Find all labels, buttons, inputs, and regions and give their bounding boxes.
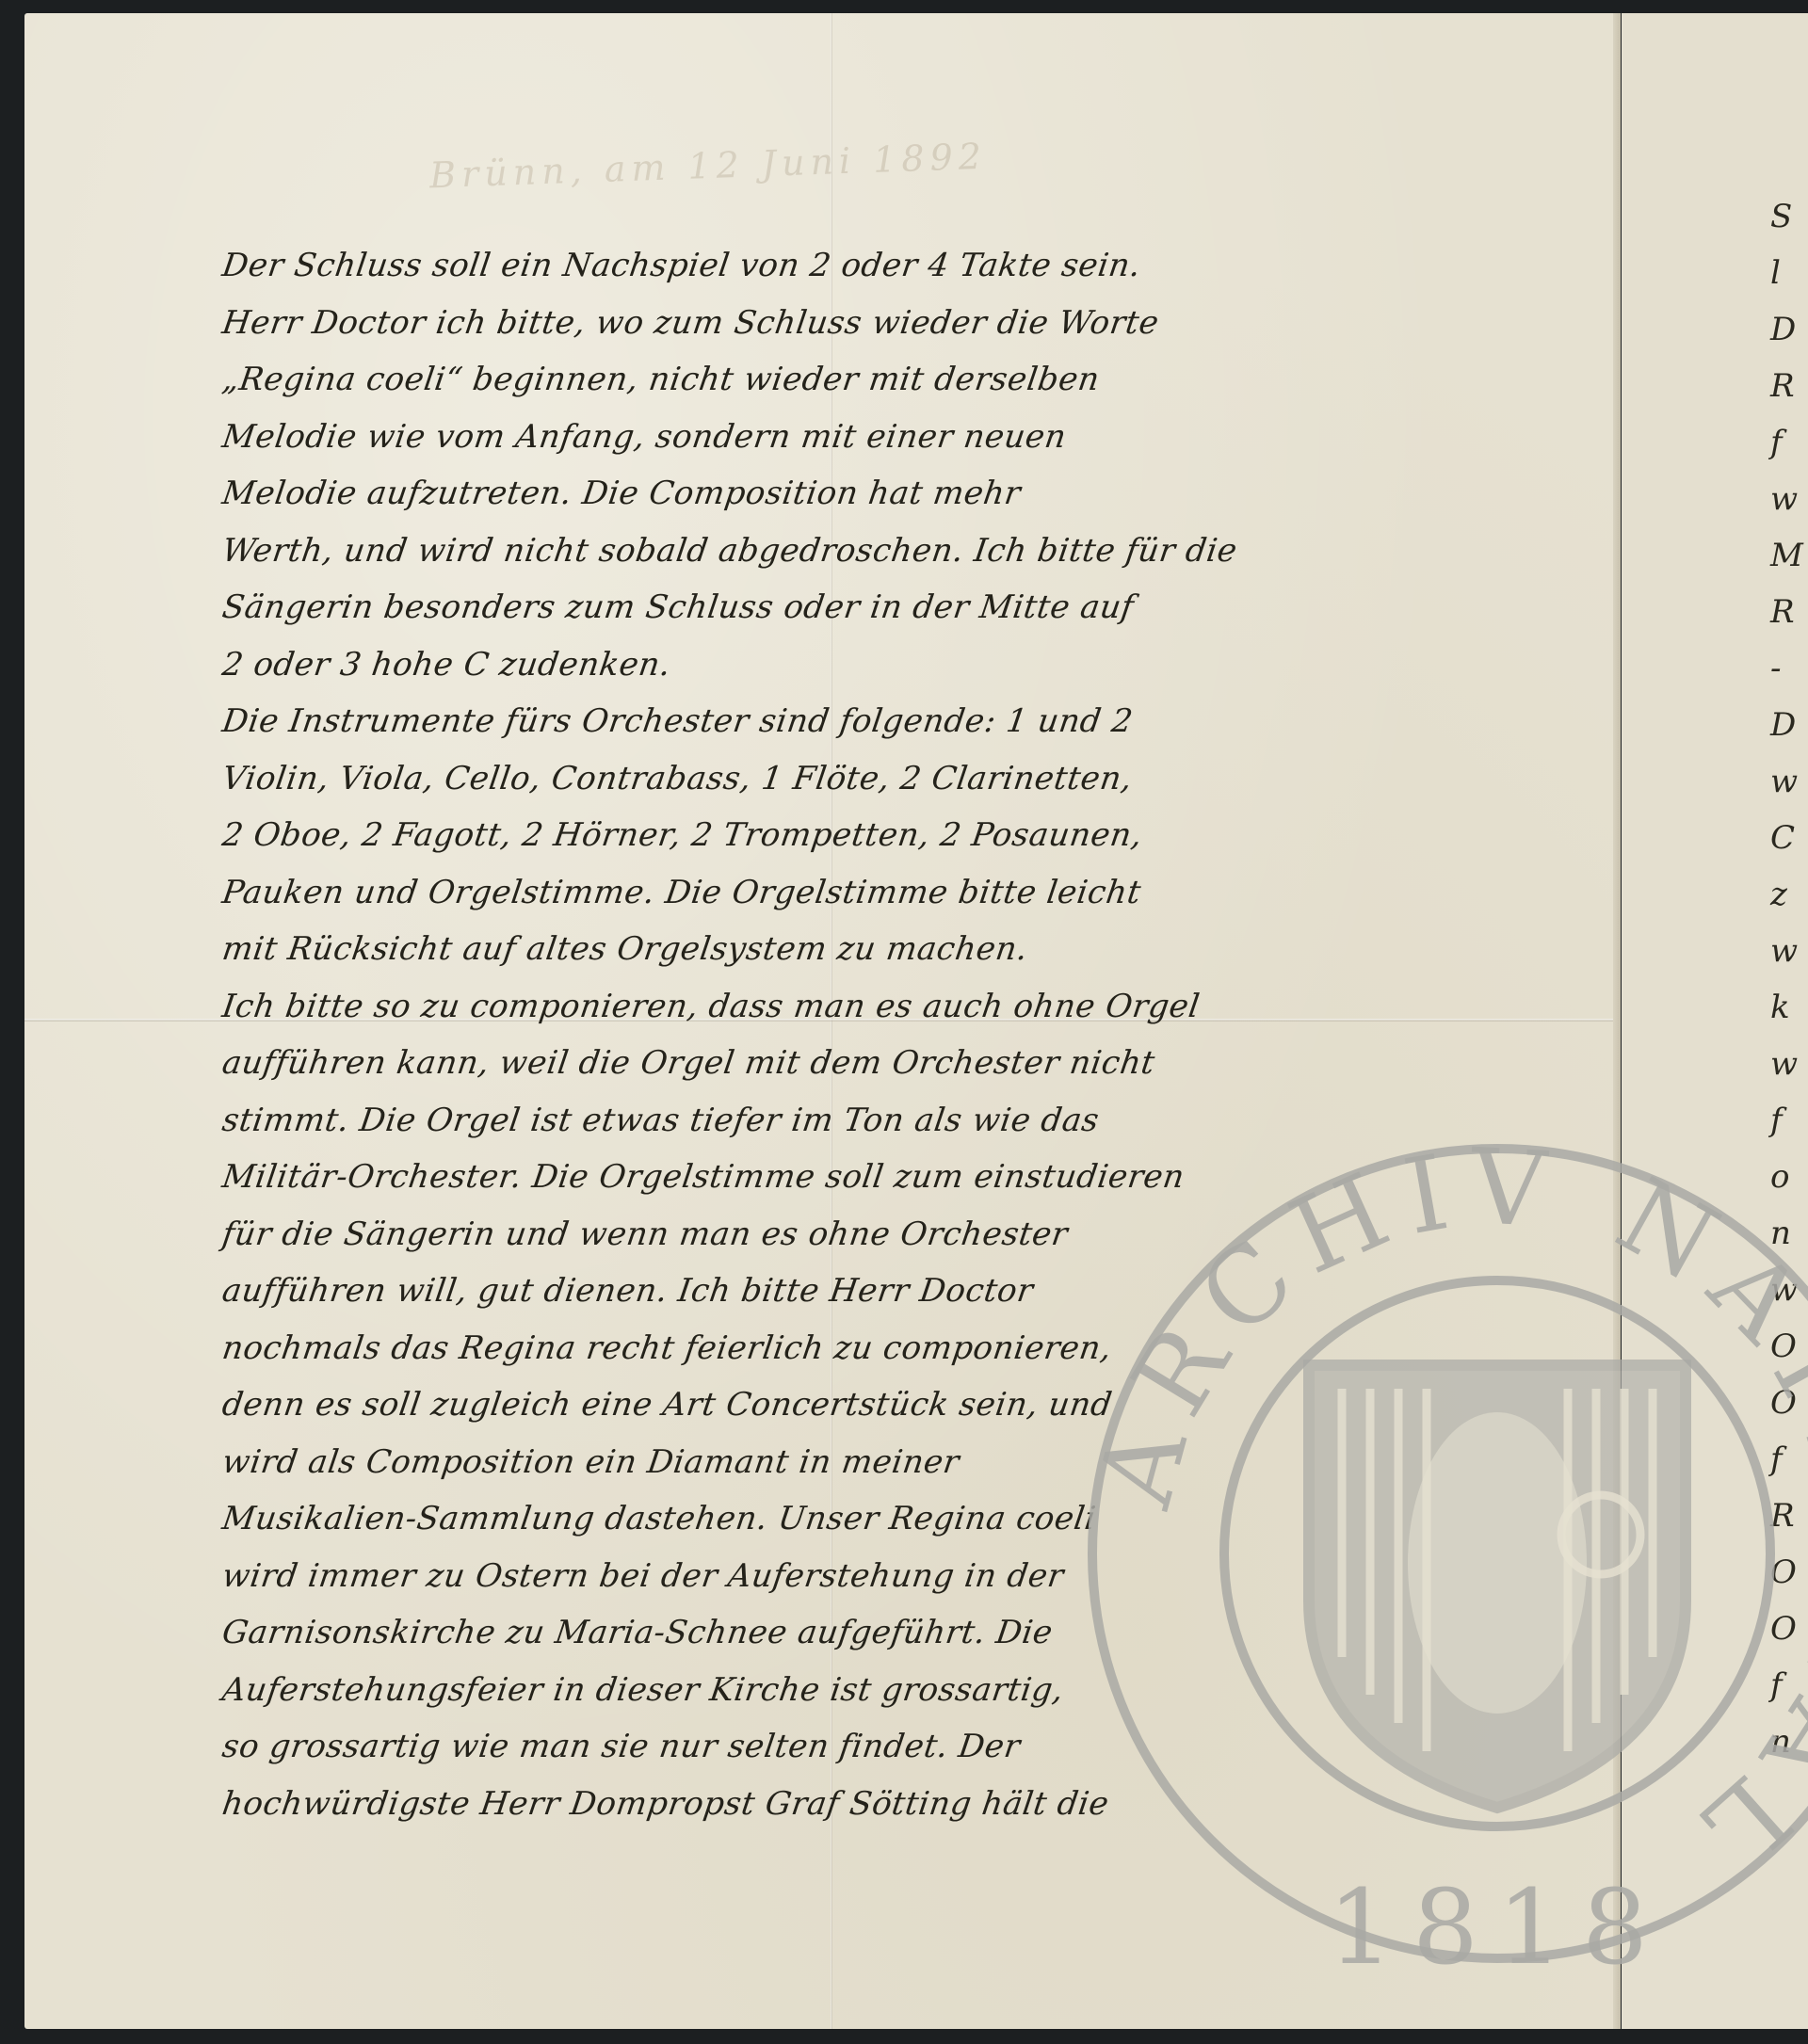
letter-line: 2 Oboe, 2 Fagott, 2 Hörner, 2 Trompetten… — [218, 807, 1508, 864]
fragment: w — [1770, 471, 1808, 527]
letter-line: nochmals das Regina recht feierlich zu c… — [218, 1320, 1508, 1377]
fragment: f — [1770, 1092, 1808, 1149]
letter-line: mit Rücksicht auf altes Orgelsystem zu m… — [218, 921, 1508, 978]
letter-line: Melodie aufzutreten. Die Composition hat… — [218, 465, 1508, 523]
fragment: o — [1770, 1149, 1808, 1205]
letter-line: Sängerin besonders zum Schluss oder in d… — [218, 579, 1508, 636]
letter-line: Die Instrumente fürs Orchester sind folg… — [218, 693, 1508, 750]
fragment: - — [1770, 640, 1808, 697]
bleed-through-header: Brünn, am 12 Juni 1892 — [428, 136, 987, 197]
letter-line: so grossartig wie man sie nur selten fin… — [218, 1718, 1508, 1776]
letter-line: aufführen will, gut dienen. Ich bitte He… — [218, 1263, 1508, 1320]
fragment: O — [1770, 1318, 1808, 1375]
letter-line: Der Schluss soll ein Nachspiel von 2 ode… — [218, 237, 1508, 295]
letter-line: Musikalien-Sammlung dastehen. Unser Regi… — [218, 1490, 1508, 1548]
adjacent-page-text-fragments: S l D R f w M R - D w C z w k w f o n w … — [1770, 188, 1808, 1770]
fragment: C — [1770, 810, 1808, 866]
fragment: D — [1770, 697, 1808, 753]
letter-line: für die Sängerin und wenn man es ohne Or… — [218, 1206, 1508, 1263]
fragment: n — [1770, 1205, 1808, 1262]
fragment: w — [1770, 1036, 1808, 1092]
letter-line: Pauken und Orgelstimme. Die Orgelstimme … — [218, 864, 1508, 922]
letter-line: Ich bitte so zu componieren, dass man es… — [218, 978, 1508, 1036]
letter-line: 2 oder 3 hohe C zudenken. — [218, 636, 1508, 694]
letter-line: aufführen kann, weil die Orgel mit dem O… — [218, 1035, 1508, 1092]
fragment: w — [1770, 753, 1808, 810]
letter-line: „Regina coeli“ beginnen, nicht wieder mi… — [218, 351, 1508, 409]
fragment: R — [1770, 584, 1808, 640]
letter-body: Der Schluss soll ein Nachspiel von 2 ode… — [218, 237, 1499, 1832]
letter-line: wird als Composition ein Diamant in mein… — [218, 1434, 1508, 1491]
letter-line: wird immer zu Ostern bei der Auferstehun… — [218, 1548, 1508, 1605]
fragment: O — [1770, 1601, 1808, 1657]
fragment: k — [1770, 979, 1808, 1036]
letter-line: denn es soll zugleich eine Art Concertst… — [218, 1376, 1508, 1434]
fragment: D — [1770, 301, 1808, 358]
letter-line: Melodie wie vom Anfang, sondern mit eine… — [218, 409, 1508, 466]
fragment: l — [1770, 245, 1808, 301]
letter-line: Auferstehungsfeier in dieser Kirche ist … — [218, 1662, 1508, 1719]
letter-line: Militär-Orchester. Die Orgelstimme soll … — [218, 1149, 1508, 1206]
fragment: w — [1770, 923, 1808, 979]
fragment: S — [1770, 188, 1808, 245]
letter-line: Violin, Viola, Cello, Contrabass, 1 Flöt… — [218, 750, 1508, 808]
fragment: R — [1770, 358, 1808, 414]
fragment: M — [1770, 527, 1808, 584]
letter-line: hochwürdigste Herr Dompropst Graf Söttin… — [218, 1776, 1508, 1833]
fragment: f — [1770, 1657, 1808, 1714]
letter-line: Herr Doctor ich bitte, wo zum Schluss wi… — [218, 295, 1508, 352]
sheet-edge — [1613, 13, 1621, 2029]
letter-line: Werth, und wird nicht sobald abgedrosche… — [218, 523, 1508, 580]
letter-line: stimmt. Die Orgel ist etwas tiefer im To… — [218, 1092, 1508, 1150]
fragment: n — [1770, 1714, 1808, 1770]
fragment: f — [1770, 1431, 1808, 1488]
fragment: R — [1770, 1488, 1808, 1544]
fragment: O — [1770, 1375, 1808, 1431]
fragment: O — [1770, 1544, 1808, 1601]
fragment: w — [1770, 1262, 1808, 1318]
letter-line: Garnisonskirche zu Maria-Schnee aufgefüh… — [218, 1604, 1508, 1662]
fragment: f — [1770, 414, 1808, 471]
fragment: z — [1770, 866, 1808, 923]
